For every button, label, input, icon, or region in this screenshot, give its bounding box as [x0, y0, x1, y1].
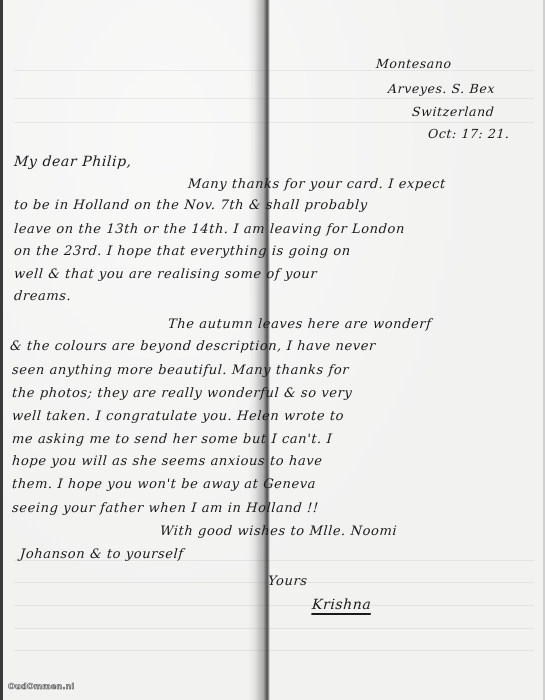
ruled-line: [14, 628, 534, 629]
watermark: OudOmmen.nl: [8, 682, 75, 691]
letter-page: Montesano Arveyes. S. Bex Switzerland Oc…: [0, 0, 545, 700]
body-line: hope you will as she seems anxious to ha…: [12, 455, 323, 468]
body-line: seen anything more beautiful. Many thank…: [12, 364, 350, 377]
body-line: seeing your father when I am in Holland …: [12, 502, 320, 515]
ruled-line: [14, 98, 534, 99]
scan-left-edge: [0, 0, 3, 700]
body-line: Many thanks for your card. I expect: [188, 178, 447, 191]
signature: Krishna: [312, 598, 372, 612]
ruled-line: [14, 650, 534, 651]
ruled-line: [14, 605, 534, 606]
body-line: well & that you are realising some of yo…: [14, 268, 318, 281]
address-line: Arveyes. S. Bex: [388, 83, 496, 96]
address-line: Switzerland: [412, 106, 495, 119]
body-line: Johanson & to yourself: [20, 548, 185, 561]
closing: Yours: [268, 575, 308, 588]
body-line: leave on the 13th or the 14th. I am leav…: [14, 223, 406, 236]
body-line: With good wishes to Mlle. Noomi: [160, 525, 398, 538]
letter-date: Oct: 17: 21.: [428, 128, 511, 141]
body-line: & the colours are beyond description, I …: [10, 340, 377, 353]
ruled-line: [14, 70, 534, 71]
ruled-line: [14, 122, 534, 123]
body-line: dreams.: [14, 290, 72, 303]
body-line: me asking me to send her some but I can'…: [12, 433, 333, 446]
salutation: My dear Philip,: [14, 155, 133, 169]
body-line: on the 23rd. I hope that everything is g…: [14, 245, 352, 258]
body-line: The autumn leaves here are wonderf: [168, 318, 432, 331]
body-line: well taken. I congratulate you. Helen wr…: [12, 410, 345, 423]
address-line: Montesano: [376, 58, 453, 71]
body-line: the photos; they are really wonderful & …: [12, 387, 353, 400]
body-line: them. I hope you won't be away at Geneva: [12, 478, 317, 491]
body-line: to be in Holland on the Nov. 7th & shall…: [14, 199, 369, 212]
